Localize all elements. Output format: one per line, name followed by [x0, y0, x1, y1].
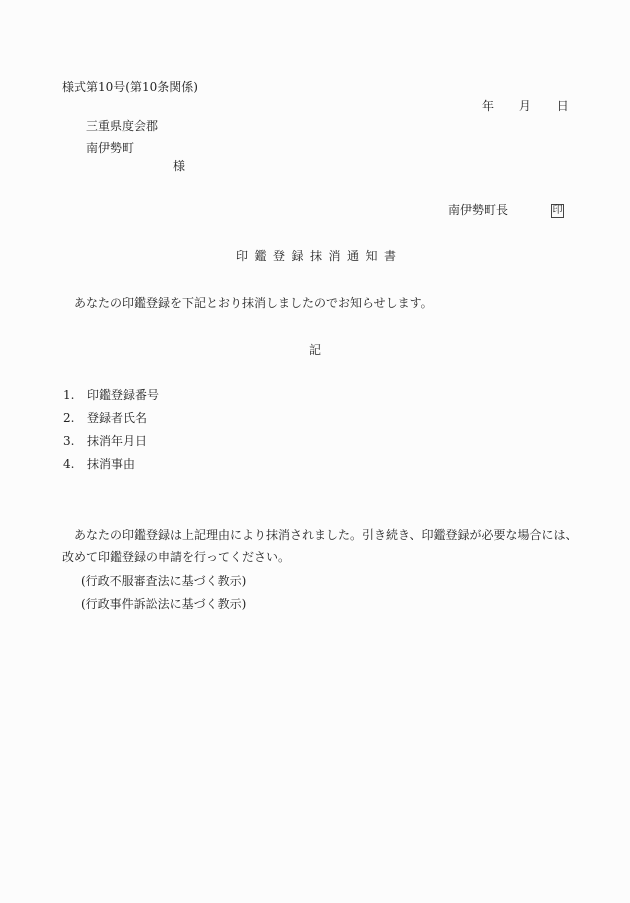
form-number: 様式第10号(第10条関係): [62, 81, 198, 93]
date-day: 日: [557, 100, 569, 112]
list-item: 2.登録者氏名: [63, 412, 147, 424]
closing-line1: あなたの印鑑登録は上記理由により抹消されました。引き続き、印鑑登録が必要な場合に…: [74, 529, 578, 541]
seal-icon: 印: [551, 204, 564, 218]
date-year: 年: [482, 100, 494, 112]
notice-litigation: (行政事件訴訟法に基づく教示): [81, 598, 246, 610]
list-item: 4.抹消事由: [63, 458, 135, 470]
issuer-name: 南伊勢町長: [448, 204, 508, 216]
recipient-line1: 三重県度会郡: [86, 120, 158, 132]
intro-text: あなたの印鑑登録を下記とおり抹消しましたのでお知らせします。: [74, 297, 433, 309]
list-item: 1.印鑑登録番号: [63, 389, 159, 401]
closing-line2: 改めて印鑑登録の申請を行ってください。: [62, 551, 290, 563]
ki-heading: 記: [309, 344, 321, 356]
notice-appeal: (行政不服審査法に基づく教示): [81, 575, 246, 587]
list-item: 3.抹消年月日: [63, 435, 147, 447]
date-line: 年 月 日: [482, 100, 569, 112]
recipient-honorific: 様: [173, 160, 185, 172]
document-title: 印鑑登録抹消通知書: [236, 250, 403, 262]
recipient-line2: 南伊勢町: [86, 142, 134, 154]
date-month: 月: [519, 100, 531, 112]
seal-mark: 印: [551, 203, 564, 218]
